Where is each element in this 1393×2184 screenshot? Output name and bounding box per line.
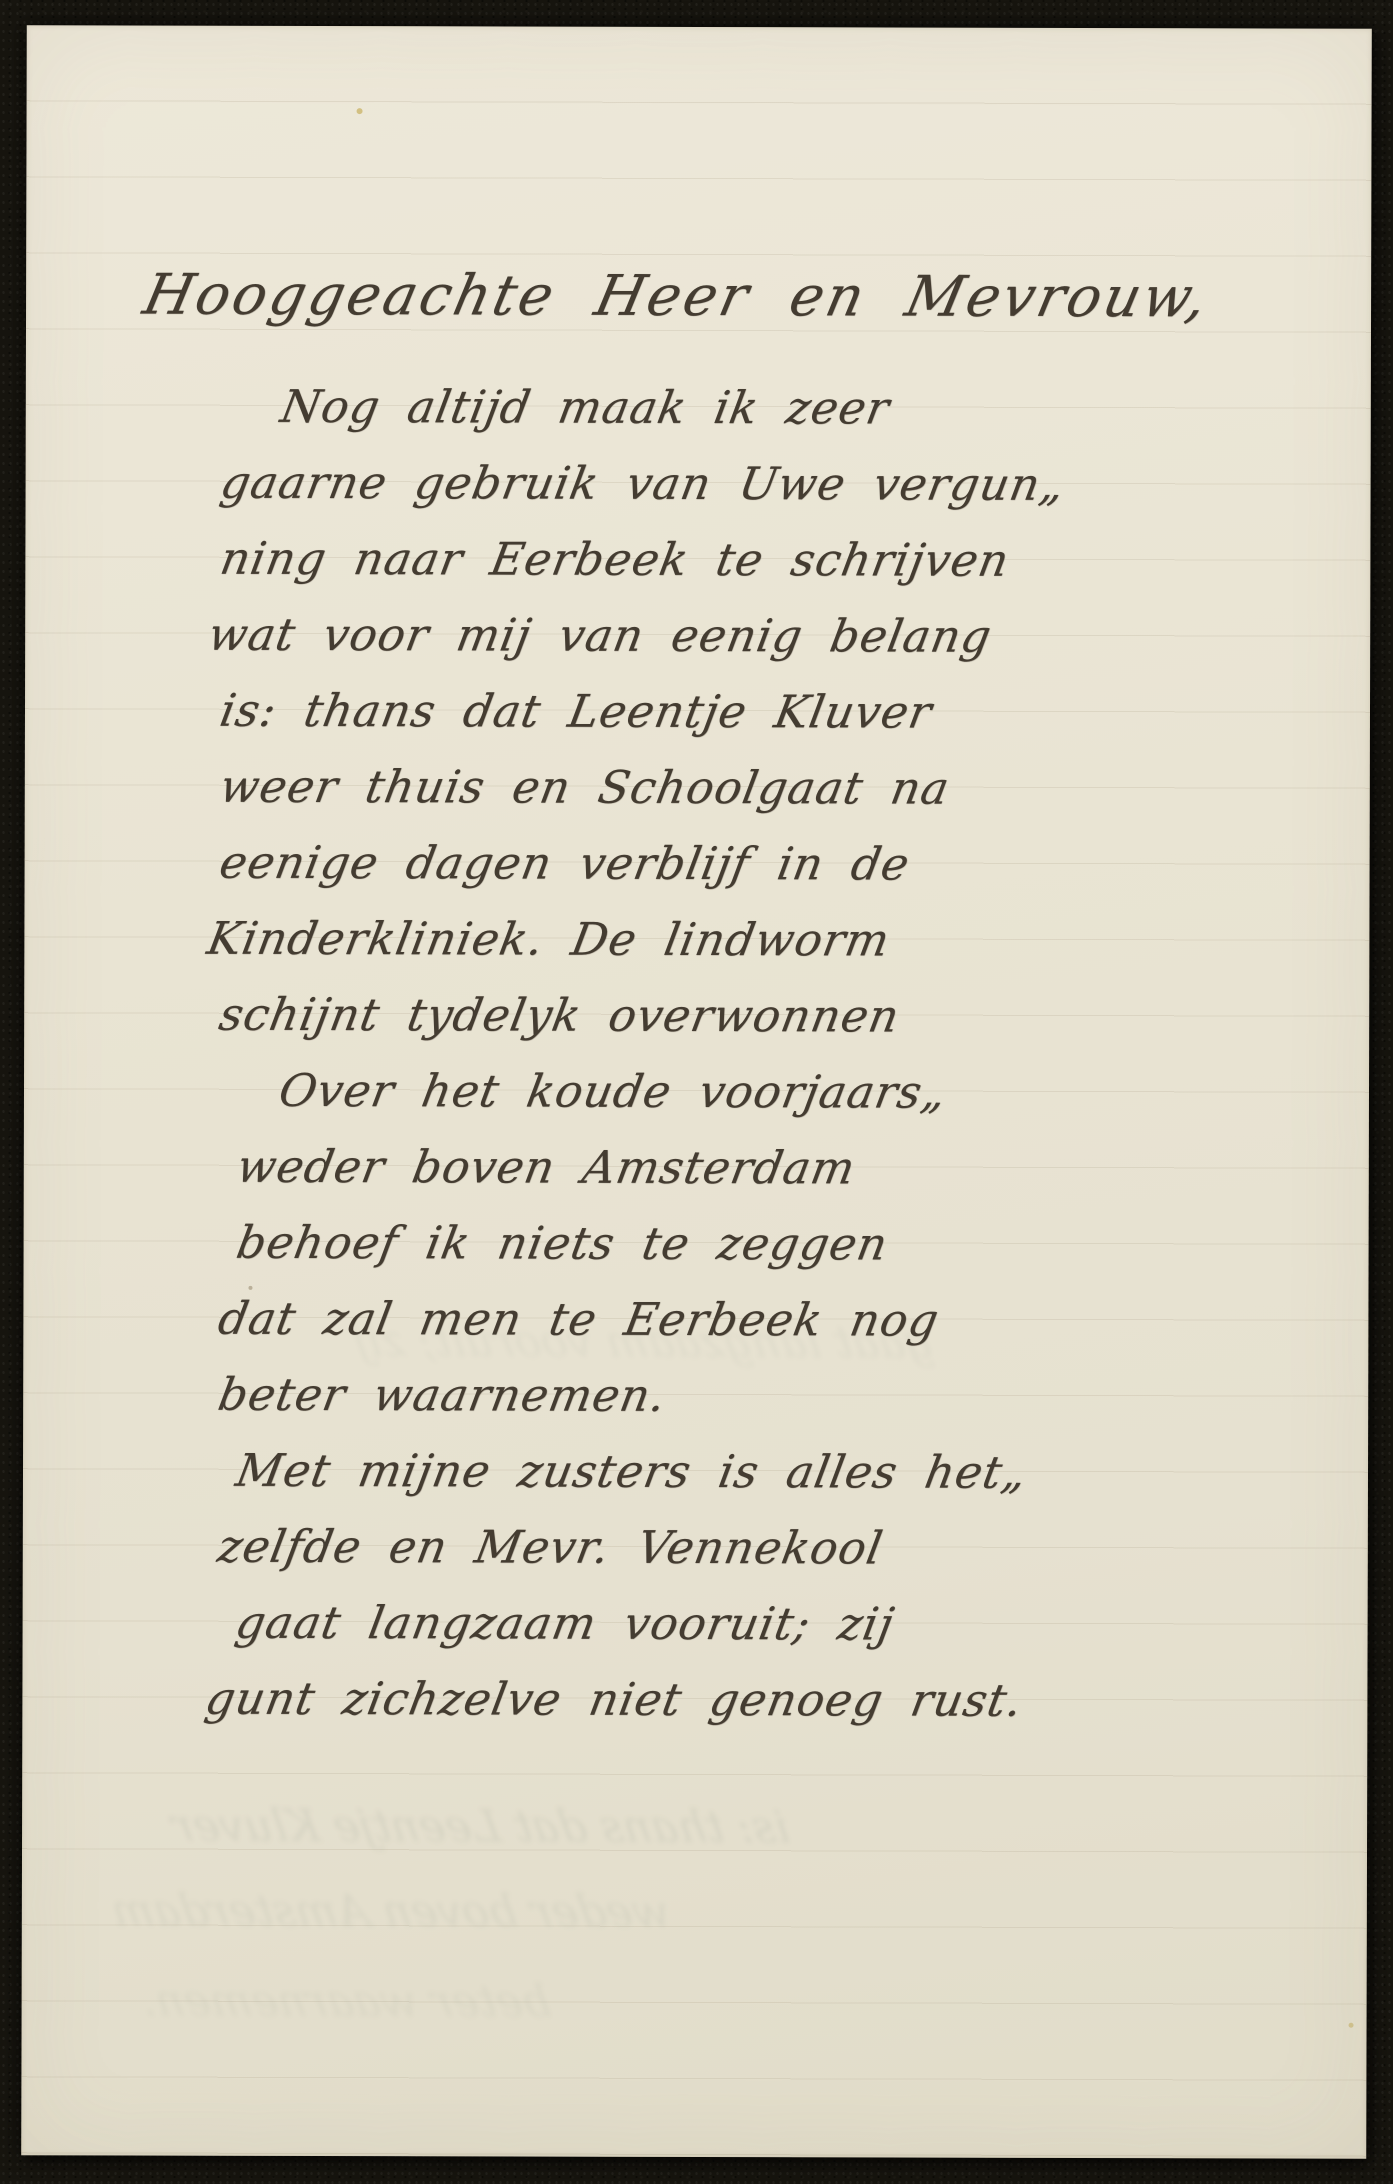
ink-bleedthrough: weder boven Amsterdam	[107, 1885, 674, 1937]
ink-bleedthrough: is: thans dat Leentje Kluver	[168, 1801, 794, 1854]
letter-line: is: thans dat Leentje Kluver	[214, 673, 1384, 752]
letter-line: gaarne gebruik van Uwe vergun„	[214, 445, 1384, 524]
salutation: Hooggeachte Heer en Mevrouw,	[129, 241, 1393, 372]
letter-line: zelfde en Mevr. Vennekool	[212, 1509, 1382, 1588]
letter-line: Met mijne zusters is alles het„	[230, 1433, 1382, 1512]
photo-background: Hooggeachte Heer en Mevrouw, Nog altijd …	[0, 0, 1393, 2184]
letter-line: Kinderkliniek. De lindworm	[201, 901, 1383, 980]
letter-line: Over het koude voorjaars„	[273, 1053, 1383, 1132]
letter-page: Hooggeachte Heer en Mevrouw, Nog altijd …	[21, 25, 1372, 2159]
letter-text: Hooggeachte Heer en Mevrouw, Nog altijd …	[22, 240, 1371, 1740]
letter-line: gunt zichzelve niet genoeg rust.	[199, 1661, 1381, 1740]
letter-line: schijnt tydelyk overwonnen	[213, 977, 1383, 1056]
letter-line: beter waarnemen.	[212, 1357, 1382, 1436]
ink-bleedthrough: beter waarnemen.	[137, 1976, 554, 2028]
letter-line: wat voor mij van eenig belang	[202, 597, 1384, 676]
letter-line: ning naar Eerbeek te schrijven	[214, 521, 1384, 600]
letter-line: behoef ik niets te zeggen	[231, 1205, 1383, 1284]
letter-line: eenige dagen verblijf in de	[213, 825, 1383, 904]
letter-line: gaat langzaam vooruit; zij	[230, 1585, 1382, 1664]
paper-speck	[1349, 2023, 1354, 2028]
letter-line: weder boven Amsterdam	[231, 1129, 1383, 1208]
letter-line: weer thuis en Schoolgaat na	[214, 749, 1384, 828]
paper-speck	[357, 108, 363, 114]
letter-line: dat zal men te Eerbeek nog	[212, 1281, 1382, 1360]
letter-line: Nog altijd maak ik zeer	[275, 369, 1385, 448]
